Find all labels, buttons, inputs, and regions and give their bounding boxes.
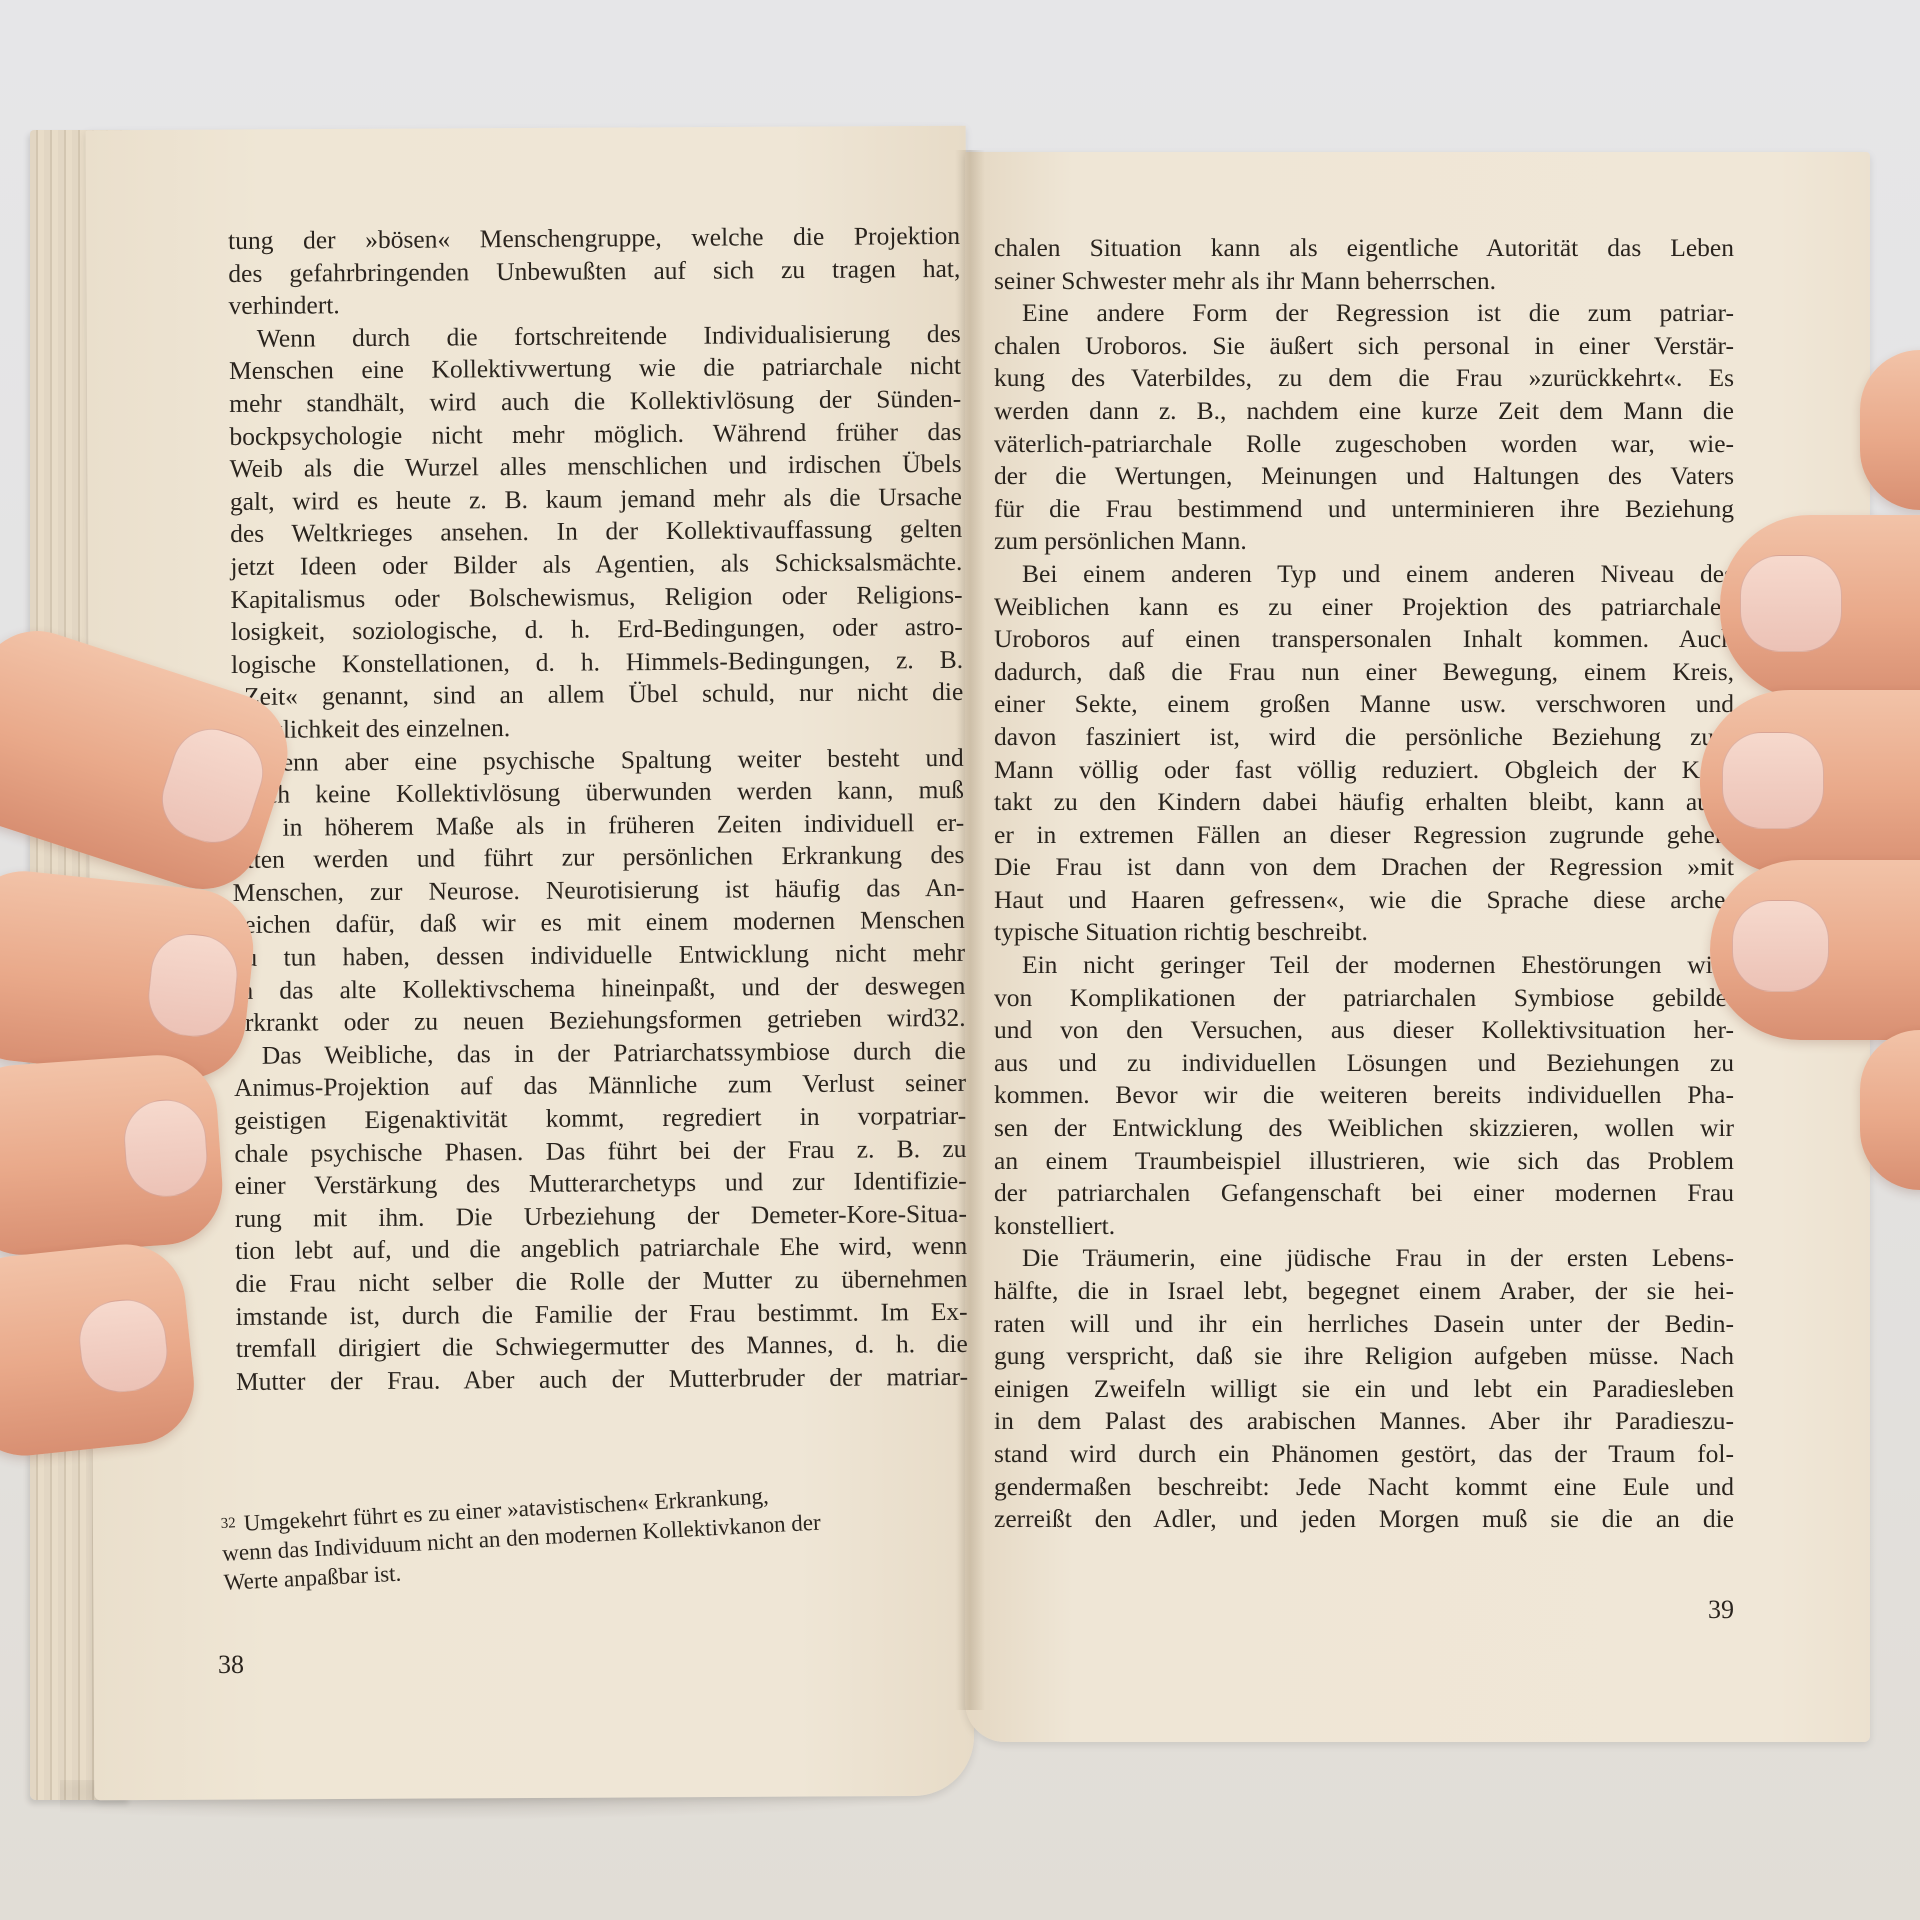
left-page-body: tung der »bösen« Menschengruppe, welche … — [228, 220, 968, 1398]
fingernail — [151, 718, 273, 853]
text-line: aus und zu individuellen Lösungen und Be… — [994, 1047, 1734, 1080]
text-line: Weib als die Wurzel alles menschlichen u… — [230, 448, 962, 486]
text-line: Animus-Projektion auf das Männliche zum … — [234, 1067, 966, 1105]
text-line: zum persönlichen Mann. — [994, 525, 1734, 558]
text-line: davon fasziniert ist, wird die persönlic… — [994, 721, 1734, 754]
text-line: Das Weibliche, das in der Patriarchatssy… — [234, 1035, 966, 1073]
fingernail — [1740, 555, 1842, 652]
text-line: hälfte, die in Israel lebt, begegnet ein… — [994, 1275, 1734, 1308]
text-line: Weiblichen kann es zu einer Projektion d… — [994, 591, 1734, 624]
text-line: Die Frau ist dann von dem Drachen der Re… — [994, 851, 1734, 884]
text-line: kommen. Bevor wir die weiteren bereits i… — [994, 1079, 1734, 1112]
text-line: sen der Entwicklung des Weiblichen skizz… — [994, 1112, 1734, 1145]
text-line: raten will und ihr ein herrliches Dasein… — [994, 1308, 1734, 1341]
text-line: von Komplikationen der patriarchalen Sym… — [994, 982, 1734, 1015]
text-line: Wenn durch die fortschreitende Individua… — [229, 318, 961, 356]
page-number-right: 39 — [1708, 1595, 1734, 1625]
text-line: Eine andere Form der Regression ist die … — [994, 297, 1734, 330]
text-line: stand wird durch ein Phänomen gestört, d… — [994, 1438, 1734, 1471]
text-line: takt zu den Kindern dabei häufig erhalte… — [994, 786, 1734, 819]
text-line: Uroboros auf einen transpersonalen Inhal… — [994, 623, 1734, 656]
text-line: mehr standhält, wird auch die Kollektivl… — [229, 383, 961, 421]
text-line: konstelliert. — [994, 1210, 1734, 1243]
text-line: logische Konstellationen, d. h. Himmels-… — [231, 644, 963, 682]
text-line: in das alte Kollektivschema hineinpaßt, … — [233, 970, 965, 1008]
text-line: einigen Zweifeln willigt sie ein und leb… — [994, 1373, 1734, 1406]
text-line: an einem Traumbeispiel illustrieren, wie… — [994, 1145, 1734, 1178]
right-finger-3 — [1700, 690, 1920, 875]
text-line: und von den Versuchen, aus dieser Kollek… — [994, 1014, 1734, 1047]
text-line: Bei einem anderen Typ und einem anderen … — [994, 558, 1734, 591]
text-line: gendermaßen beschreibt: Jede Nacht kommt… — [994, 1471, 1734, 1504]
text-line: seiner Schwester mehr als ihr Mann beher… — [994, 265, 1734, 298]
fingernail — [1722, 732, 1824, 829]
text-line: erkrankt oder zu neuen Beziehungsformen … — [233, 1002, 965, 1040]
text-line: gung verspricht, daß sie ihre Religion a… — [994, 1340, 1734, 1373]
right-finger-4 — [1710, 860, 1920, 1040]
left-finger-4 — [0, 1239, 200, 1462]
text-line: dadurch, daß die Frau nun einer Bewegung… — [994, 656, 1734, 689]
text-line: des Weltkrieges ansehen. In der Kollekti… — [230, 513, 962, 551]
text-line: für die Frau bestimmend und unterminiere… — [994, 493, 1734, 526]
text-line: chale psychische Phasen. Das führt bei d… — [234, 1132, 966, 1170]
fingernail — [1732, 900, 1829, 992]
text-line: zeichen dafür, daß wir es mit einem mode… — [233, 904, 965, 942]
text-line: tremfall dirigiert die Schwiegermutter d… — [236, 1328, 968, 1366]
footnote-marker: 32 — [220, 1515, 236, 1532]
text-line: werden dann z. B., nachdem eine kurze Ze… — [994, 395, 1734, 428]
text-line: einer Sekte, einem großen Manne usw. ver… — [994, 688, 1734, 721]
text-line: die Frau nicht selber die Rolle der Mutt… — [235, 1263, 967, 1301]
page-number-left: 38 — [218, 1650, 244, 1680]
book-photo-scene: tung der »bösen« Menschengruppe, welche … — [0, 0, 1920, 1920]
text-line: zu tun haben, dessen individuelle Entwic… — [233, 937, 965, 975]
text-line: der patriarchalen Gefangenschaft bei ein… — [994, 1177, 1734, 1210]
text-line: typische Situation richtig beschreibt. — [994, 916, 1734, 949]
text-line: litten werden und führt zur persönlichen… — [232, 839, 964, 877]
text-line: väterlich-patriarchale Rolle zugeschoben… — [994, 428, 1734, 461]
text-line: in dem Palast des arabischen Mannes. Abe… — [994, 1405, 1734, 1438]
text-line: geistigen Eigenaktivität kommt, regredie… — [234, 1100, 966, 1138]
text-line: durch keine Kollektivlösung überwunden w… — [232, 774, 964, 812]
left-finger-2 — [0, 865, 259, 1084]
text-line: Wirklichkeit des einzelnen. — [231, 709, 963, 747]
text-line: Wenn aber eine psychische Spaltung weite… — [232, 741, 964, 779]
text-line: verhindert. — [228, 285, 960, 323]
text-line: jetzt Ideen oder Bilder als Agentien, al… — [230, 546, 962, 584]
text-line: bockpsychologie nicht mehr möglich. Währ… — [229, 415, 961, 453]
text-line: der die Wertungen, Meinungen und Haltung… — [994, 460, 1734, 493]
right-finger-2 — [1720, 515, 1920, 700]
text-line: losigkeit, soziologische, d. h. Erd-Bedi… — [231, 611, 963, 649]
left-finger-3 — [0, 1051, 226, 1259]
text-line: Kapitalismus oder Bolschewismus, Religio… — [231, 578, 963, 616]
text-line: Ein nicht geringer Teil der modernen Ehe… — [994, 949, 1734, 982]
text-line: Mann völlig oder fast völlig reduziert. … — [994, 754, 1734, 787]
text-line: Die Träumerin, eine jüdische Frau in der… — [994, 1242, 1734, 1275]
text-line: sie in höherem Maße als in früheren Zeit… — [232, 807, 964, 845]
text-line: rung mit ihm. Die Urbeziehung der Demete… — [235, 1198, 967, 1236]
text-line: chalen Situation kann als eigentliche Au… — [994, 232, 1734, 265]
text-line: zerreißt den Adler, und jeden Morgen muß… — [994, 1503, 1734, 1536]
text-line: einer Verstärkung des Mutterarchetyps un… — [235, 1165, 967, 1203]
text-line: Mutter der Frau. Aber auch der Mutterbru… — [236, 1361, 968, 1399]
right-page-body: chalen Situation kann als eigentliche Au… — [994, 232, 1734, 1536]
text-line: Menschen, zur Neurose. Neurotisierung is… — [233, 872, 965, 910]
text-line: imstande ist, durch die Familie der Frau… — [236, 1295, 968, 1333]
text-line: er in extremen Fällen an dieser Regressi… — [994, 819, 1734, 852]
text-line: Menschen eine Kollektivwertung wie die p… — [229, 350, 961, 388]
text-line: galt, wird es heute z. B. kaum jemand me… — [230, 481, 962, 519]
fingernail — [144, 930, 241, 1041]
text-line: des gefahrbringenden Unbewußten auf sich… — [228, 252, 960, 290]
text-line: Haut und Haaren gefressen«, wie die Spra… — [994, 884, 1734, 917]
text-line: chalen Uroboros. Sie äußert sich persona… — [994, 330, 1734, 363]
text-line: »Zeit« genannt, sind an allem Übel schul… — [231, 676, 963, 714]
fingernail — [75, 1296, 171, 1397]
text-line: tion lebt auf, und die angeblich patriar… — [235, 1230, 967, 1268]
fingernail — [121, 1097, 210, 1199]
text-line: tung der »bösen« Menschengruppe, welche … — [228, 220, 960, 258]
text-line: kung des Vaterbildes, zu dem die Frau »z… — [994, 362, 1734, 395]
